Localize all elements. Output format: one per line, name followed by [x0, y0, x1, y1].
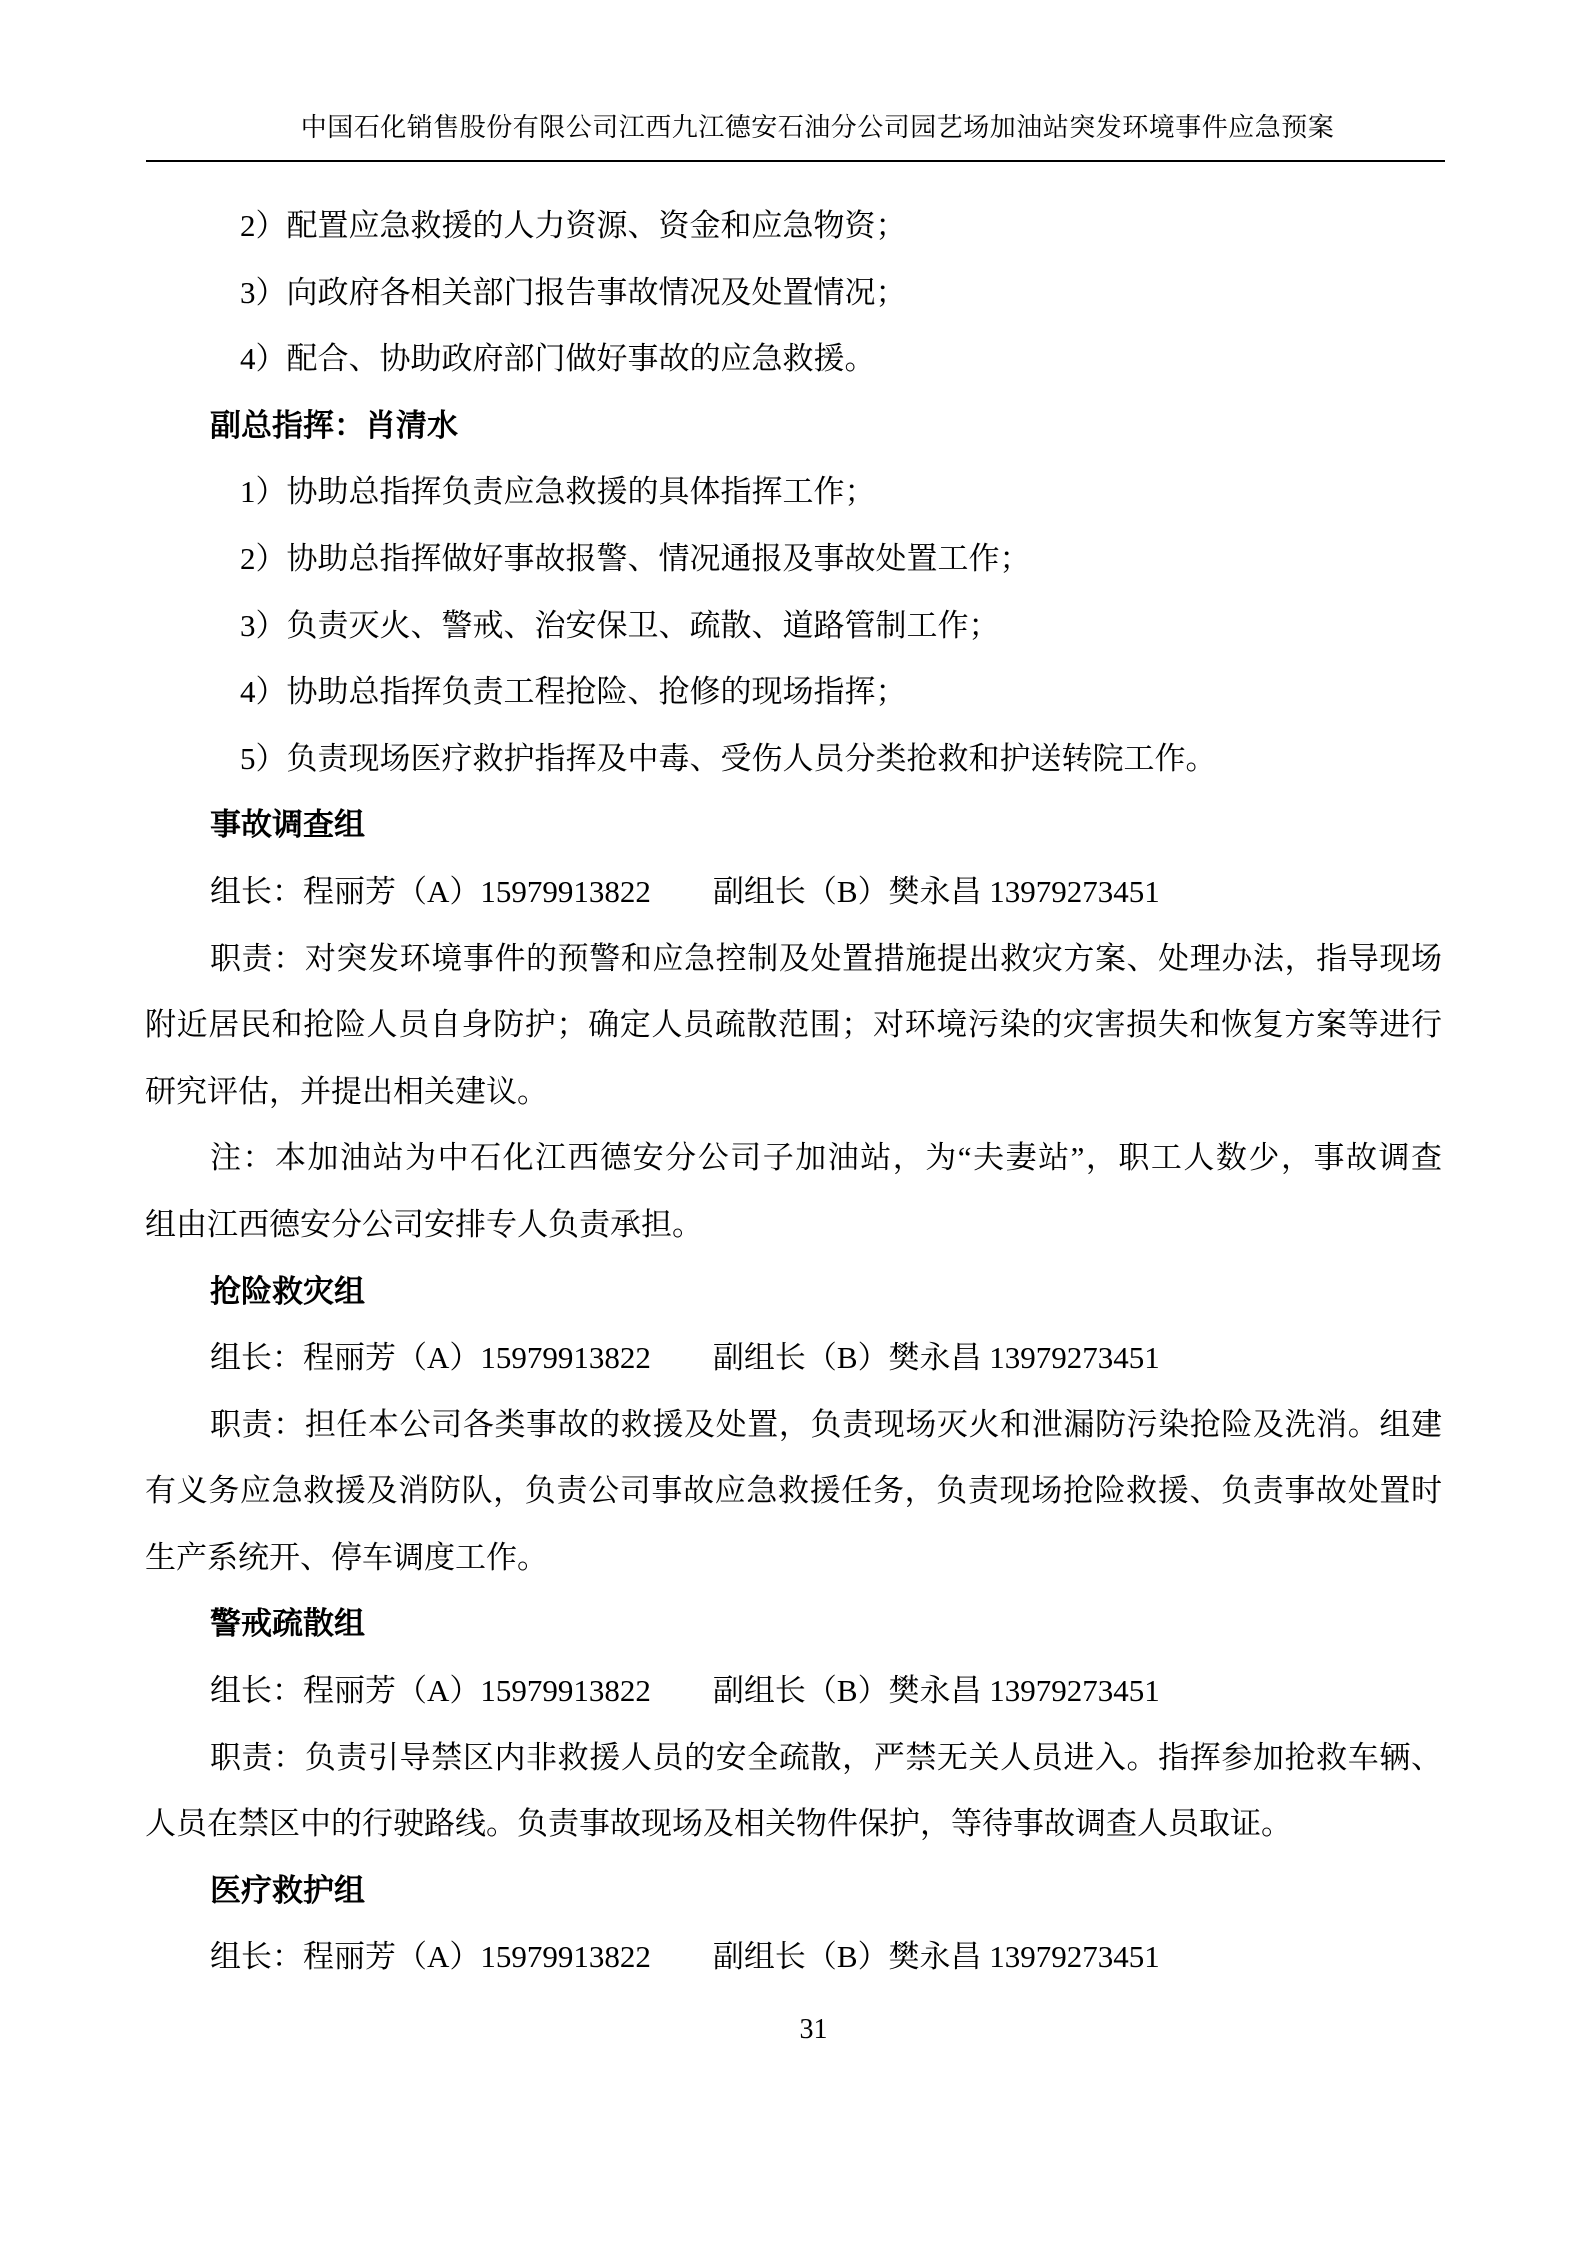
list-item: 3）向政府各相关部门报告事故情况及处置情况；	[145, 260, 1442, 327]
section-heading-medical-rescue-team: 医疗救护组	[145, 1858, 1442, 1925]
list-item: 5）负责现场医疗救护指挥及中毒、受伤人员分类抢救和护送转院工作。	[145, 726, 1442, 793]
list-item: 2）协助总指挥做好事故报警、情况通报及事故处置工作；	[145, 526, 1442, 593]
document-body: 2）配置应急救援的人力资源、资金和应急物资； 3）向政府各相关部门报告事故情况及…	[145, 193, 1442, 1991]
list-item: 3）负责灭火、警戒、治安保卫、疏散、道路管制工作；	[145, 593, 1442, 660]
section-heading-accident-investigation-team: 事故调查组	[145, 792, 1442, 859]
duties-line: 生产系统开、停车调度工作。	[145, 1525, 1442, 1592]
document-page: 中国石化销售股份有限公司江西九江德安石油分公司园艺场加油站突发环境事件应急预案 …	[0, 0, 1587, 2245]
section-heading-alert-evacuation-team: 警戒疏散组	[145, 1591, 1442, 1658]
team-leaders-line: 组长：程丽芳（A）15979913822 副组长（B）樊永昌 139792734…	[145, 1658, 1442, 1725]
duties-line: 职责：担任本公司各类事故的救援及处置，负责现场灭火和泄漏防污染抢险及洗消。组建	[145, 1392, 1442, 1459]
header-divider	[146, 160, 1445, 162]
section-heading-deputy-commander: 副总指挥：肖清水	[145, 393, 1442, 460]
list-item: 2）配置应急救援的人力资源、资金和应急物资；	[145, 193, 1442, 260]
list-item: 4）协助总指挥负责工程抢险、抢修的现场指挥；	[145, 659, 1442, 726]
page-number: 31	[20, 2014, 1587, 2046]
list-item: 4）配合、协助政府部门做好事故的应急救援。	[145, 326, 1442, 393]
duties-line: 有义务应急救援及消防队，负责公司事故应急救援任务，负责现场抢险救援、负责事故处置…	[145, 1458, 1442, 1525]
team-leaders-line: 组长：程丽芳（A）15979913822 副组长（B）樊永昌 139792734…	[145, 1325, 1442, 1392]
duties-line: 研究评估，并提出相关建议。	[145, 1059, 1442, 1126]
team-leaders-line: 组长：程丽芳（A）15979913822 副组长（B）樊永昌 139792734…	[145, 859, 1442, 926]
note-line: 注：本加油站为中石化江西德安分公司子加油站，为“夫妻站”，职工人数少，事故调查	[145, 1125, 1442, 1192]
section-heading-rescue-team: 抢险救灾组	[145, 1259, 1442, 1326]
duties-line: 人员在禁区中的行驶路线。负责事故现场及相关物件保护，等待事故调查人员取证。	[145, 1791, 1442, 1858]
duties-line: 职责：负责引导禁区内非救援人员的安全疏散，严禁无关人员进入。指挥参加抢救车辆、	[145, 1725, 1442, 1792]
duties-line: 附近居民和抢险人员自身防护；确定人员疏散范围；对环境污染的灾害损失和恢复方案等进…	[145, 992, 1442, 1059]
note-line: 组由江西德安分公司安排专人负责承担。	[145, 1192, 1442, 1259]
team-leaders-line: 组长：程丽芳（A）15979913822 副组长（B）樊永昌 139792734…	[145, 1924, 1442, 1991]
list-item: 1）协助总指挥负责应急救援的具体指挥工作；	[145, 459, 1442, 526]
duties-line: 职责：对突发环境事件的预警和应急控制及处置措施提出救灾方案、处理办法，指导现场	[145, 926, 1442, 993]
document-header-title: 中国石化销售股份有限公司江西九江德安石油分公司园艺场加油站突发环境事件应急预案	[24, 113, 1587, 143]
